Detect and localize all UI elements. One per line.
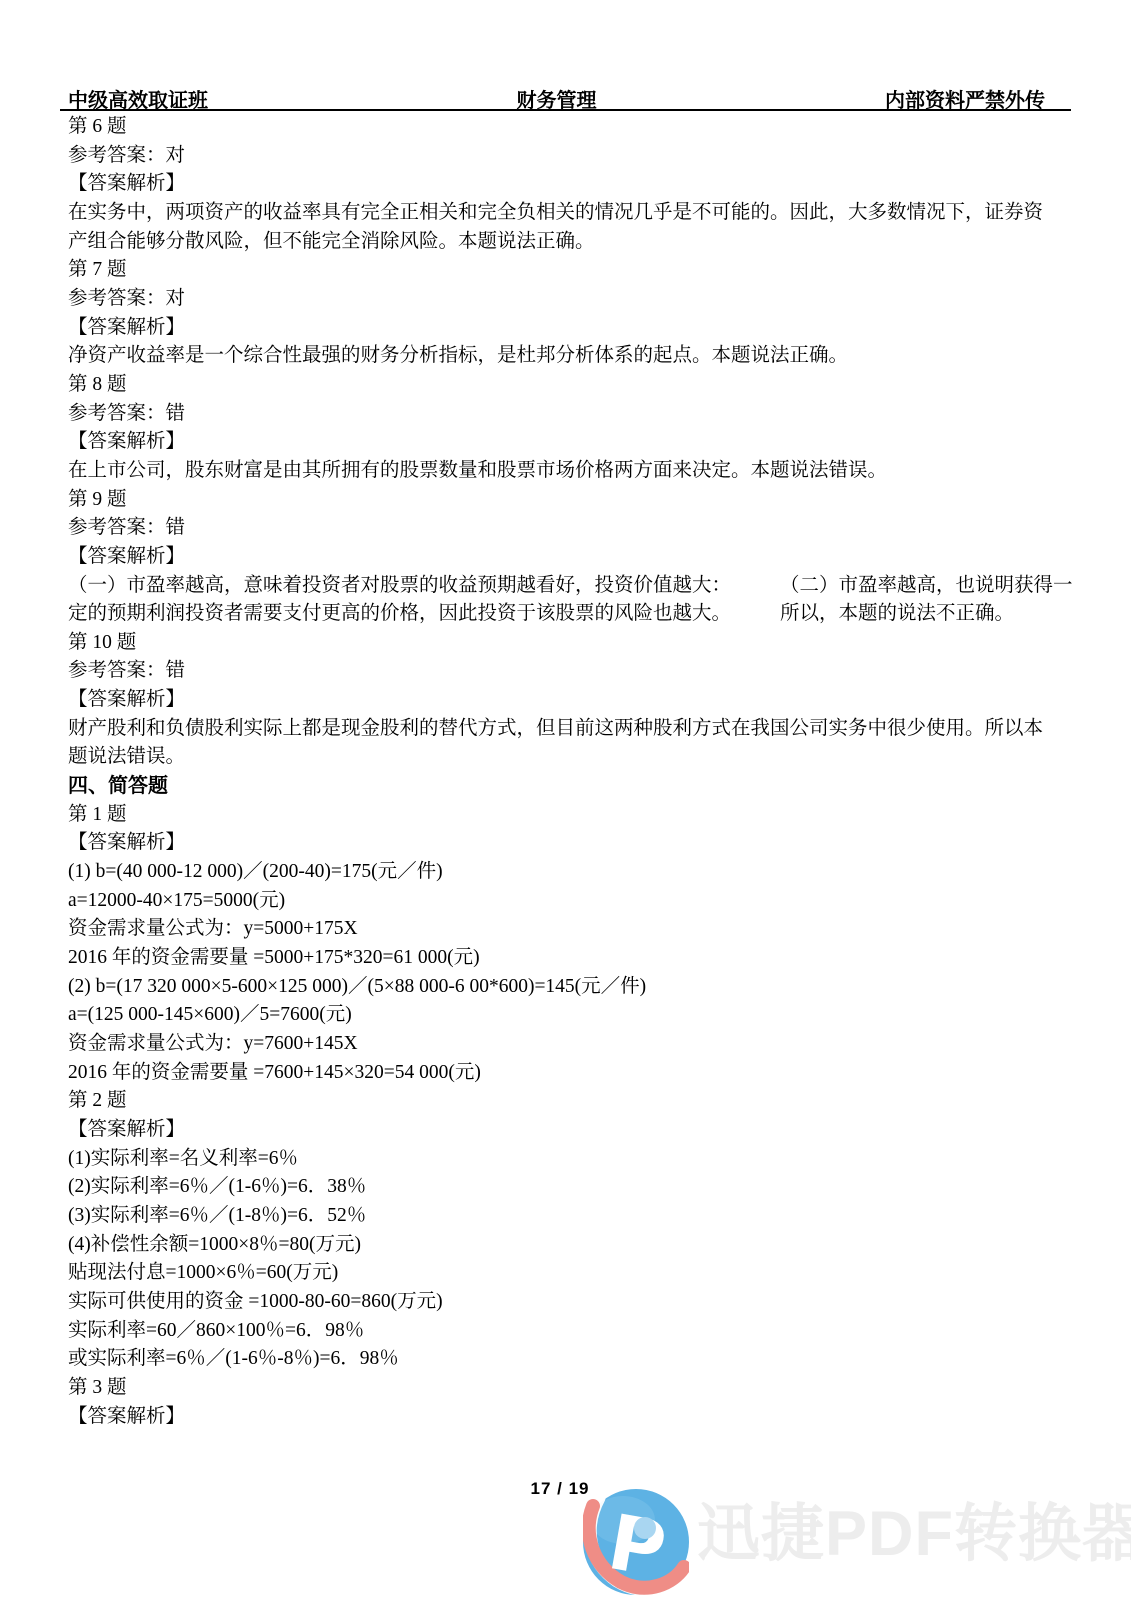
section-heading: 四、简答题 — [68, 772, 1063, 801]
text-line: 2016 年的资金需要量 =5000+175*320=61 000(元) — [68, 944, 1063, 973]
text-line: 贴现法付息=1000×6％=60(万元) — [68, 1259, 1063, 1288]
text-line: 在上市公司，股东财富是由其所拥有的股票数量和股票市场价格两方面来决定。本题说法错… — [68, 457, 1063, 486]
header-divider — [60, 109, 1071, 111]
text-line: 净资产收益率是一个综合性最强的财务分析指标，是杜邦分析体系的起点。本题说法正确。 — [68, 342, 1063, 371]
text-line: 第 3 题 — [68, 1374, 1063, 1403]
text-segment-right: 所以，本题的说法不正确。 — [780, 600, 1014, 629]
text-line: 题说法错误。 — [68, 743, 1063, 772]
text-line: (1) b=(40 000-12 000)／(200-40)=175(元／件) — [68, 858, 1063, 887]
text-line: 资金需求量公式为：y=5000+175X — [68, 915, 1063, 944]
document-page: 中级高效取证班 财务管理 内部资料严禁外传 第 6 题参考答案：对【答案解析】在… — [0, 0, 1131, 1600]
text-line: 参考答案：对 — [68, 285, 1063, 314]
text-line: 参考答案：错 — [68, 514, 1063, 543]
text-line: 参考答案：错 — [68, 400, 1063, 429]
text-line: a=(125 000-145×600)／5=7600(元) — [68, 1001, 1063, 1030]
text-line: 第 1 题 — [68, 801, 1063, 830]
text-segment-right: （二）市盈率越高，也说明获得一 — [780, 572, 1073, 601]
text-line: 实际可供使用的资金 =1000-80-60=860(万元) — [68, 1288, 1063, 1317]
text-line: 财产股利和负债股利实际上都是现金股利的替代方式，但目前这两种股利方式在我国公司实… — [68, 715, 1063, 744]
pdf-converter-watermark: 迅捷PDF转换器 — [697, 1488, 1131, 1580]
text-line: 参考答案：错 — [68, 657, 1063, 686]
text-line: 在实务中，两项资产的收益率具有完全正相关和完全负相关的情况几乎是不可能的。因此，… — [68, 199, 1063, 228]
text-line: 参考答案：对 — [68, 142, 1063, 171]
text-line: 或实际利率=6％／(1-6％-8％)=6．98％ — [68, 1345, 1063, 1374]
text-line: a=12000-40×175=5000(元) — [68, 887, 1063, 916]
text-line: 【答案解析】 — [68, 1403, 1063, 1432]
text-line: 资金需求量公式为：y=7600+145X — [68, 1030, 1063, 1059]
text-line: 第 8 题 — [68, 371, 1063, 400]
text-line: (4)补偿性余额=1000×8％=80(万元) — [68, 1231, 1063, 1260]
text-line: 第 10 题 — [68, 629, 1063, 658]
text-line: 【答案解析】 — [68, 314, 1063, 343]
text-line: (1)实际利率=名义利率=6％ — [68, 1145, 1063, 1174]
text-line: 第 6 题 — [68, 113, 1063, 142]
text-line: 第 9 题 — [68, 486, 1063, 515]
text-segment-left: 定的预期利润投资者需要支付更高的价格，因此投资于该股票的风险也越大。 — [68, 600, 780, 629]
text-segment-left: （一）市盈率越高，意味着投资者对股票的收益预期越看好，投资价值越大： — [68, 572, 780, 601]
text-line: 【答案解析】 — [68, 428, 1063, 457]
content-lines: 第 6 题参考答案：对【答案解析】在实务中，两项资产的收益率具有完全正相关和完全… — [68, 113, 1063, 1431]
text-line: 【答案解析】 — [68, 543, 1063, 572]
text-line: 第 2 题 — [68, 1087, 1063, 1116]
pdf-converter-logo-icon: P — [583, 1488, 689, 1600]
text-line: 产组合能够分散风险，但不能完全消除风险。本题说法正确。 — [68, 228, 1063, 257]
text-line: (2) b=(17 320 000×5-600×125 000)／(5×88 0… — [68, 973, 1063, 1002]
text-line: 【答案解析】 — [68, 170, 1063, 199]
text-line: (3)实际利率=6％／(1-8％)=6．52％ — [68, 1202, 1063, 1231]
text-line: (2)实际利率=6％／(1-6％)=6．38％ — [68, 1173, 1063, 1202]
text-line: 实际利率=60／860×100％=6．98％ — [68, 1317, 1063, 1346]
text-line: 2016 年的资金需要量 =7600+145×320=54 000(元) — [68, 1059, 1063, 1088]
text-line: （一）市盈率越高，意味着投资者对股票的收益预期越看好，投资价值越大：（二）市盈率… — [68, 572, 1063, 601]
text-line: 【答案解析】 — [68, 1116, 1063, 1145]
text-line: 定的预期利润投资者需要支付更高的价格，因此投资于该股票的风险也越大。所以，本题的… — [68, 600, 1063, 629]
text-line: 【答案解析】 — [68, 829, 1063, 858]
text-line: 【答案解析】 — [68, 686, 1063, 715]
text-line: 第 7 题 — [68, 256, 1063, 285]
